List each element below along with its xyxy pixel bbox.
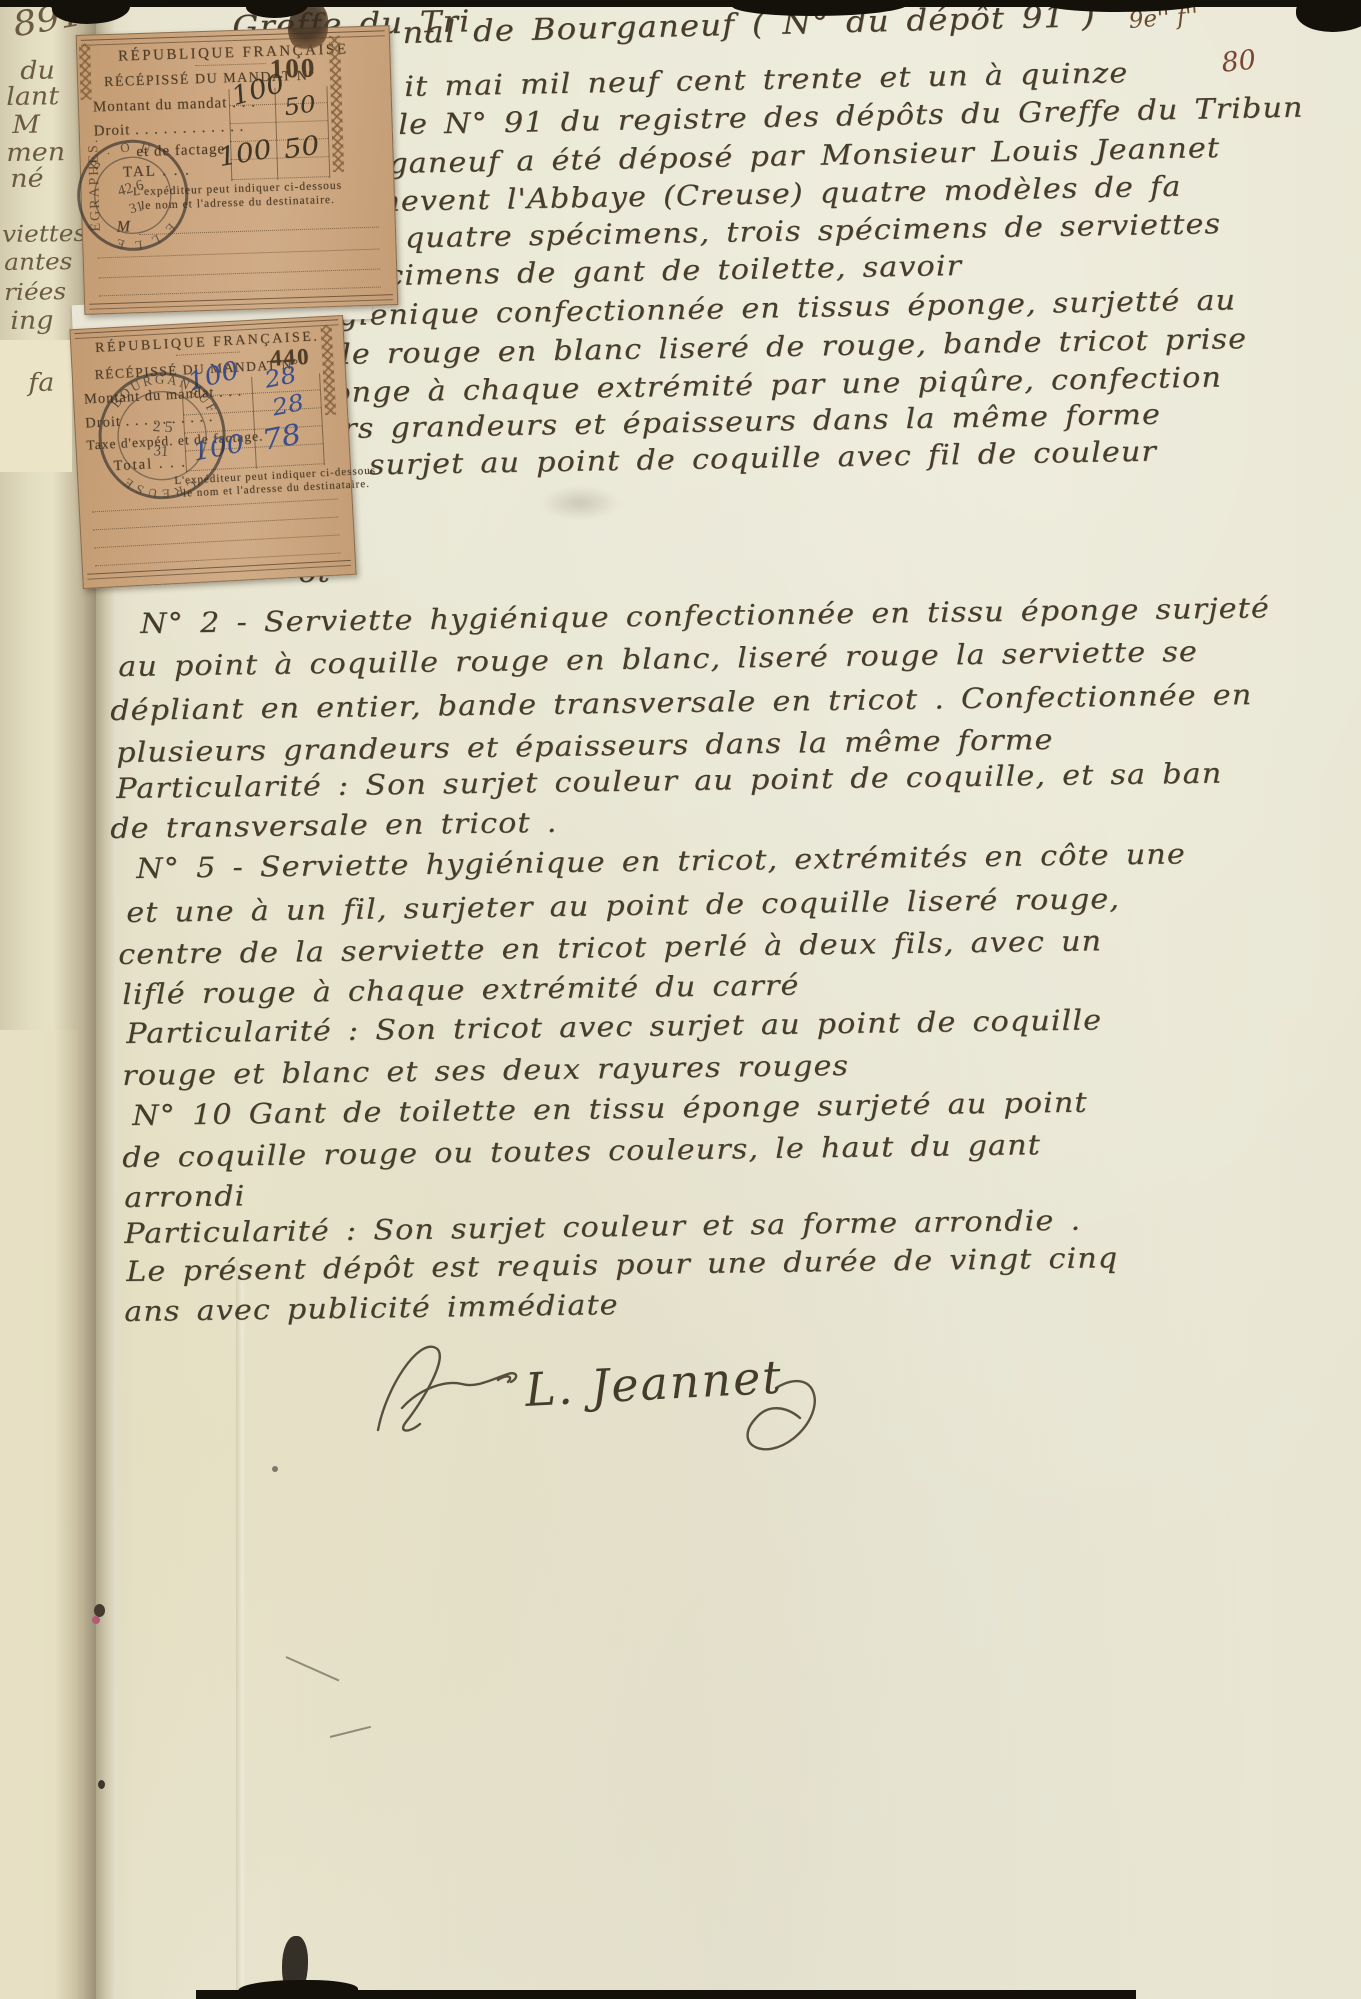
svg-text:CREUSE: CREUSE: [117, 472, 200, 504]
manuscript-register-page: 891dulantMmennéviettesantesriéesingfa 9e…: [0, 0, 1361, 1999]
corner-number: 80: [1220, 44, 1257, 78]
page-fold-line: [236, 1260, 246, 1990]
manuscript-line: de transversale en tricot .: [110, 806, 558, 845]
margin-fragment: né: [10, 164, 44, 193]
margin-fragment: antes: [4, 249, 73, 276]
manuscript-line: arrondi: [124, 1179, 246, 1214]
postmark-stamp-icon: BOURGANEUF CREUSE 2 5 31: [89, 363, 234, 508]
handwritten-amount: 28: [270, 390, 306, 422]
margin-fragment: riées: [4, 279, 66, 306]
money-order-receipt-top: RÉPUBLIQUE FRANÇAISE RÉCÉPISSÉ DU MANDAT…: [76, 25, 399, 315]
margin-fragment: men: [6, 137, 65, 167]
paper-patch: [0, 340, 72, 472]
svg-text:2 5: 2 5: [152, 418, 173, 436]
svg-text:31: 31: [153, 443, 169, 460]
handwritten-amount: 100: [216, 135, 274, 174]
margin-fragment: M: [12, 110, 40, 139]
ink-spot: [272, 1466, 278, 1472]
margin-fragment: fa: [28, 368, 55, 397]
handwritten-amount: 28: [263, 362, 299, 394]
ink-spot: [98, 1780, 105, 1789]
handwritten-amount: 50: [282, 131, 321, 166]
table-divider: [251, 377, 257, 469]
margin-fragment: viettes: [2, 221, 86, 248]
ink-smudge: [540, 486, 620, 520]
svg-text:31: 31: [128, 199, 146, 217]
svg-text:BOURGANEUF: BOURGANEUF: [107, 368, 223, 418]
signature-block: L. Jeannet: [348, 1322, 868, 1492]
heading-underline: [196, 63, 266, 66]
handwritten-amount: 78: [260, 417, 304, 457]
margin-fragment: ing: [10, 305, 54, 335]
dotted-write-line: [94, 534, 340, 548]
dotted-write-line: [98, 269, 380, 279]
previous-page-edge-lower: [0, 1030, 78, 1999]
hatch-ornament: [79, 44, 92, 100]
table-divider: [274, 88, 278, 180]
margin-fragment: lant: [6, 81, 59, 111]
dotted-write-line: [93, 517, 339, 531]
handwritten-amount: 50: [283, 91, 318, 121]
table-line: [326, 86, 330, 178]
pink-spot: [92, 1616, 100, 1624]
signature-name: L. Jeannet: [523, 1350, 784, 1417]
svg-text:42 6: 42 6: [116, 177, 146, 200]
money-order-receipt-bottom: RÉPUBLIQUE FRANÇAISE. RÉCÉPISSÉ DU MANDA…: [69, 315, 356, 589]
